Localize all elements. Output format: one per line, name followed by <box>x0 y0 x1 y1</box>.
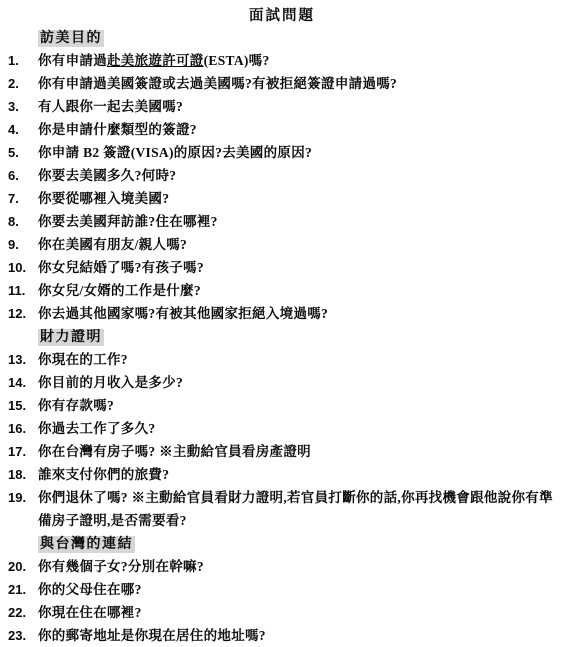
section-heading-row: 訪美目的 <box>8 26 556 49</box>
question-text: 誰來支付你們的旅費? <box>38 463 556 486</box>
question-row: 21.你的父母住在哪? <box>8 578 556 601</box>
question-text: 有人跟你一起去美國嗎? <box>38 95 556 118</box>
section-heading-row: 財力證明 <box>8 325 556 348</box>
question-number: 23. <box>8 624 38 647</box>
section-heading: 與台灣的連結 <box>38 536 135 553</box>
question-row: 22.你現在住在哪裡? <box>8 601 556 624</box>
question-number: 16. <box>8 417 38 440</box>
question-text: 你有申請過美國簽證或去過美國嗎?有被拒絕簽證申請過嗎? <box>38 72 556 95</box>
question-number: 14. <box>8 371 38 394</box>
underlined-text: 赴美旅遊許可證 <box>107 53 204 68</box>
question-text: 你有申請過赴美旅遊許可證(ESTA)嗎? <box>38 49 556 72</box>
question-number: 3. <box>8 95 38 118</box>
question-row: 10.你女兒結婚了嗎?有孩子嗎? <box>8 256 556 279</box>
question-row: 15.你有存款嗎? <box>8 394 556 417</box>
question-number: 2. <box>8 72 38 95</box>
section-heading: 訪美目的 <box>38 30 104 47</box>
question-row: 16.你過去工作了多久? <box>8 417 556 440</box>
section-heading: 財力證明 <box>38 329 104 346</box>
question-text: 你女兒結婚了嗎?有孩子嗎? <box>38 256 556 279</box>
question-row: 9.你在美國有朋友/親人嗎? <box>8 233 556 256</box>
question-text: 你要去美國拜訪誰?住在哪裡? <box>38 210 556 233</box>
section-heading-row: 與台灣的連結 <box>8 532 556 555</box>
question-number: 9. <box>8 233 38 256</box>
question-list: 訪美目的1.你有申請過赴美旅遊許可證(ESTA)嗎?2.你有申請過美國簽證或去過… <box>8 26 556 647</box>
question-text: 你去過其他國家嗎?有被其他國家拒絕入境過嗎? <box>38 302 556 325</box>
question-row: 23.你的郵寄地址是你現在居住的地址嗎? <box>8 624 556 647</box>
question-number: 21. <box>8 578 38 601</box>
question-row: 18.誰來支付你們的旅費? <box>8 463 556 486</box>
question-row: 11.你女兒/女婿的工作是什麼? <box>8 279 556 302</box>
question-number: 4. <box>8 118 38 141</box>
question-number: 10. <box>8 256 38 279</box>
question-text: 你的郵寄地址是你現在居住的地址嗎? <box>38 624 556 647</box>
question-text: 你有幾個子女?分別在幹嘛? <box>38 555 556 578</box>
question-number: 1. <box>8 49 38 72</box>
question-row: 6.你要去美國多久?何時? <box>8 164 556 187</box>
question-row: 14.你目前的月收入是多少? <box>8 371 556 394</box>
question-text: 你的父母住在哪? <box>38 578 556 601</box>
question-number: 15. <box>8 394 38 417</box>
question-row: 12.你去過其他國家嗎?有被其他國家拒絕入境過嗎? <box>8 302 556 325</box>
question-row: 3.有人跟你一起去美國嗎? <box>8 95 556 118</box>
question-number: 7. <box>8 187 38 210</box>
question-text: 你們退休了嗎? ※主動給官員看財力證明,若官員打斷你的話,你再找機會跟他說你有準… <box>38 486 556 532</box>
question-number: 6. <box>8 164 38 187</box>
question-row: 8.你要去美國拜訪誰?住在哪裡? <box>8 210 556 233</box>
document-title: 面試問題 <box>8 6 556 26</box>
question-text: 你女兒/女婿的工作是什麼? <box>38 279 556 302</box>
question-number: 11. <box>8 279 38 302</box>
question-text: 你要去美國多久?何時? <box>38 164 556 187</box>
question-row: 1.你有申請過赴美旅遊許可證(ESTA)嗎? <box>8 49 556 72</box>
question-row: 7.你要從哪裡入境美國? <box>8 187 556 210</box>
question-text: 你目前的月收入是多少? <box>38 371 556 394</box>
question-number: 8. <box>8 210 38 233</box>
question-number: 5. <box>8 141 38 164</box>
question-row: 20.你有幾個子女?分別在幹嘛? <box>8 555 556 578</box>
question-number: 12. <box>8 302 38 325</box>
question-number: 20. <box>8 555 38 578</box>
question-row: 17.你在台灣有房子嗎? ※主動給官員看房產證明 <box>8 440 556 463</box>
question-text: 你申請 B2 簽證(VISA)的原因?去美國的原因? <box>38 141 556 164</box>
question-number: 13. <box>8 348 38 371</box>
question-number: 17. <box>8 440 38 463</box>
question-row: 4.你是申請什麼類型的簽證? <box>8 118 556 141</box>
question-text: 你是申請什麼類型的簽證? <box>38 118 556 141</box>
question-text: 你現在的工作? <box>38 348 556 371</box>
question-text: 你現在住在哪裡? <box>38 601 556 624</box>
question-number: 22. <box>8 601 38 624</box>
question-text: 你有存款嗎? <box>38 394 556 417</box>
question-text: 你要從哪裡入境美國? <box>38 187 556 210</box>
question-row: 13.你現在的工作? <box>8 348 556 371</box>
question-text: 你過去工作了多久? <box>38 417 556 440</box>
question-row: 2.你有申請過美國簽證或去過美國嗎?有被拒絕簽證申請過嗎? <box>8 72 556 95</box>
question-text: 你在美國有朋友/親人嗎? <box>38 233 556 256</box>
question-text: 你在台灣有房子嗎? ※主動給官員看房產證明 <box>38 440 556 463</box>
document-page: 面試問題 訪美目的1.你有申請過赴美旅遊許可證(ESTA)嗎?2.你有申請過美國… <box>0 0 566 647</box>
question-number: 18. <box>8 463 38 486</box>
question-row: 19.你們退休了嗎? ※主動給官員看財力證明,若官員打斷你的話,你再找機會跟他說… <box>8 486 556 532</box>
question-row: 5.你申請 B2 簽證(VISA)的原因?去美國的原因? <box>8 141 556 164</box>
question-number: 19. <box>8 486 38 509</box>
